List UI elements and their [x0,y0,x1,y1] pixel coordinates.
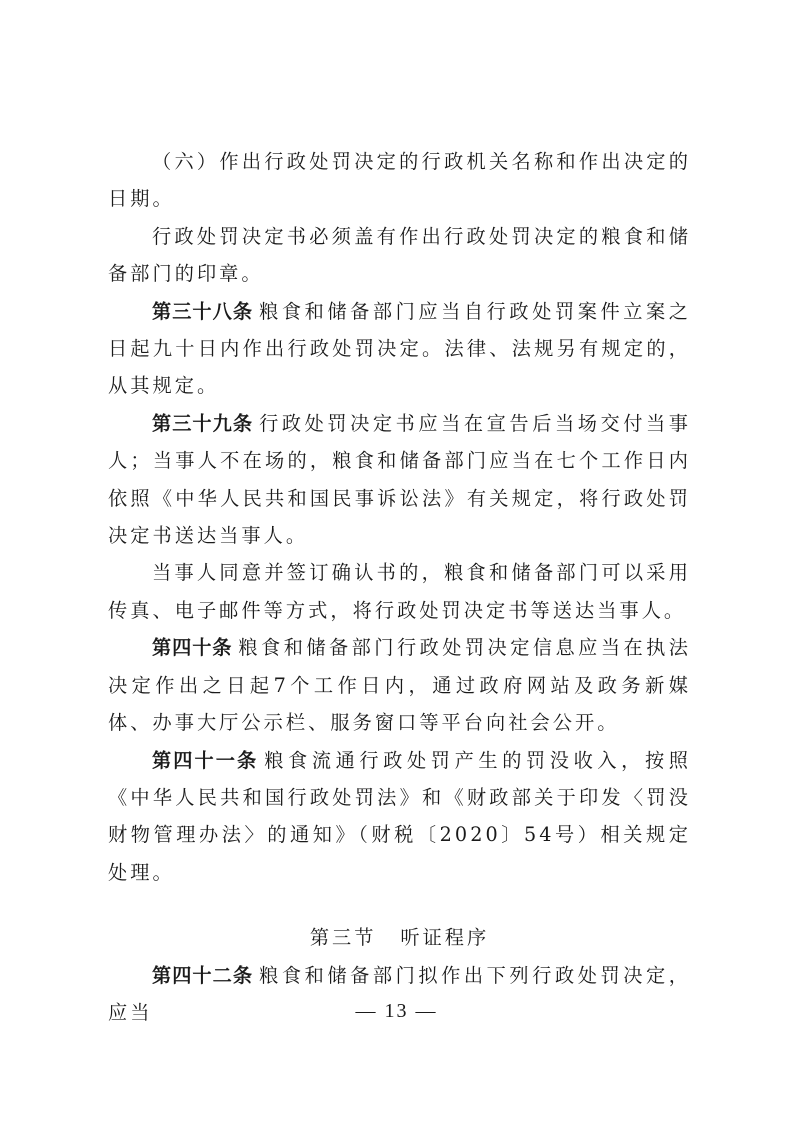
section-title: 听证程序 [400,926,489,949]
section-number: 第三节 [310,926,377,949]
article-number: 第三十八条 [152,300,253,323]
article-number: 第四十条 [152,636,232,659]
paragraph-seal-requirement: 行政处罚决定书必须盖有作出行政处罚决定的粮食和储备部门的印章。 [108,218,691,293]
article-number: 第四十一条 [152,749,258,772]
article-41: 第四十一条粮食流通行政处罚产生的罚没收入，按照《中华人民共和国行政处罚法》和《财… [108,742,691,892]
article-number: 第四十二条 [152,964,253,987]
article-39: 第三十九条行政处罚决定书应当在宣告后当场交付当事人；当事人不在场的，粮食和储备部… [108,405,691,555]
article-38: 第三十八条粮食和储备部门应当自行政处罚案件立案之日起九十日内作出行政处罚决定。法… [108,293,691,405]
paragraph-text: （六）作出行政处罚决定的行政机关名称和作出决定的日期。 [108,150,691,210]
article-39-para-2: 当事人同意并签订确认书的，粮食和储备部门可以采用传真、电子邮件等方式，将行政处罚… [108,554,691,629]
page-number: — 13 — [0,1000,793,1023]
document-body: （六）作出行政处罚决定的行政机关名称和作出决定的日期。 行政处罚决定书必须盖有作… [108,143,691,1031]
article-number: 第三十九条 [152,412,253,435]
article-40: 第四十条粮食和储备部门行政处罚决定信息应当在执法决定作出之日起7个工作日内，通过… [108,629,691,741]
paragraph-text: 当事人同意并签订确认书的，粮食和储备部门可以采用传真、电子邮件等方式，将行政处罚… [108,561,691,621]
paragraph-item-6: （六）作出行政处罚决定的行政机关名称和作出决定的日期。 [108,143,691,218]
section-heading: 第三节听证程序 [108,891,691,956]
paragraph-text: 行政处罚决定书必须盖有作出行政处罚决定的粮食和储备部门的印章。 [108,225,691,285]
